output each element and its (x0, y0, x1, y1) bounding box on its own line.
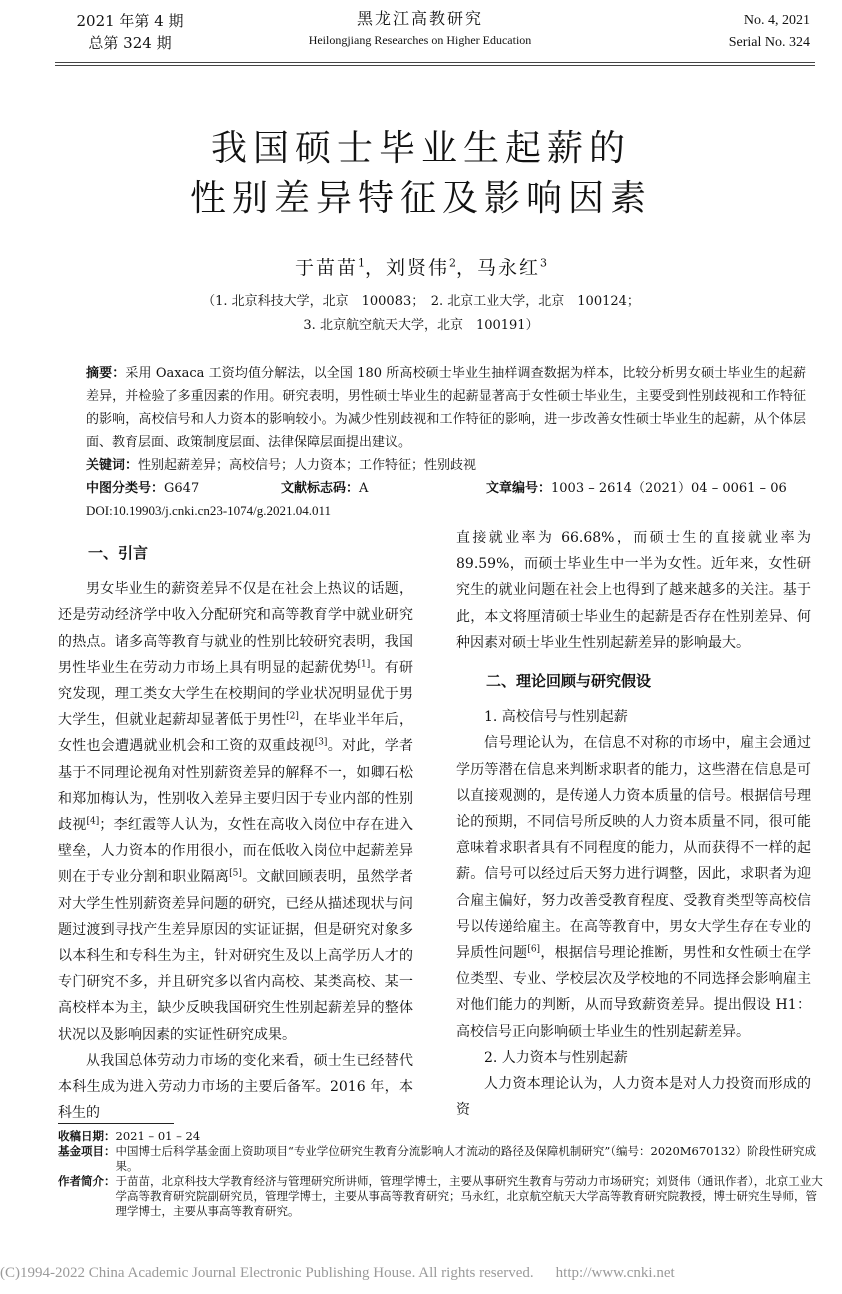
title-line-1: 我国硕士毕业生起薪的 (100, 124, 742, 174)
doc-code-value: A (359, 481, 368, 496)
abstract: 摘要：采用 Oaxaca 工资均值分解法，以全国 180 所高校硕士毕业生抽样调… (86, 362, 806, 454)
serial-number-cn: 总第 324 期 (60, 32, 200, 54)
article-title: 我国硕士毕业生起薪的 性别差异特征及影响因素 (100, 124, 742, 224)
received-label: 收稿日期： (58, 1129, 116, 1144)
fund-value: 中国博士后科学基金面上资助项目“专业学位研究生教育分流影响人才流动的路径及保障机… (116, 1144, 829, 1174)
article-no-value: 1003 – 2614（2021）04 – 0061 – 06 (551, 481, 787, 496)
doi[interactable]: DOI:10.19903/j.cnki.cn23-1074/g.2021.04.… (86, 500, 806, 522)
author-bio: 作者简介： 于苗苗，北京科技大学教育经济与管理研究所讲师，管理学博士，主要从事研… (58, 1174, 828, 1219)
paragraph-text: 。文献回顾表明，虽然学者对大学生性别薪资差异问题的研究，已经从描述现状与问题过渡… (58, 869, 413, 1042)
article-no-field: 文章编号：1003 – 2614（2021）04 – 0061 – 06 (486, 478, 787, 500)
author-affil-mark: 3 (540, 257, 547, 270)
abstract-text: 采用 Oaxaca 工资均值分解法，以全国 180 所高校硕士毕业生抽样调查数据… (86, 366, 806, 450)
keywords-text: 性别起薪差异；高校信号；人力资本；工作特征；性别歧视 (138, 458, 476, 473)
fund-label: 基金项目： (58, 1144, 116, 1174)
author-affil-mark: 2 (449, 257, 456, 270)
author-name: 刘贤伟 (386, 257, 449, 279)
section-heading: 二、理论回顾与研究假设 (456, 668, 811, 694)
author-name: 马永红 (477, 257, 540, 279)
issue-info-en: No. 4, 2021 Serial No. 324 (690, 10, 810, 54)
issue-number-en: No. 4, 2021 (690, 10, 810, 32)
affiliation-line: 3. 北京航空航天大学，北京 100191） (100, 314, 742, 338)
copyright-notice: (C)1994-2022 China Academic Journal Elec… (0, 1265, 842, 1282)
footnote-rule (58, 1123, 174, 1124)
paragraph-text: 信号理论认为，在信息不对称的市场中，雇主会通过学历等潜在信息来判断求职者的能力，… (456, 735, 811, 961)
received-date: 收稿日期： 2021 – 01 – 24 (58, 1129, 828, 1144)
doc-code-label: 文献标志码： (281, 481, 359, 496)
citation-ref[interactable]: [3] (315, 738, 328, 748)
subsection-heading: 1. 高校信号与性别起薪 (456, 704, 811, 730)
author-name: 于苗苗 (295, 257, 358, 279)
header-rule (55, 65, 815, 66)
keywords: 关键词：性别起薪差异；高校信号；人力资本；工作特征；性别歧视 (86, 455, 806, 477)
header-rule (55, 62, 815, 63)
bio-value: 于苗苗，北京科技大学教育经济与管理研究所讲师，管理学博士，主要从事研究生教育与劳… (116, 1174, 829, 1219)
doc-code-field: 文献标志码：A (281, 478, 368, 500)
citation-ref[interactable]: [1] (357, 659, 370, 669)
author-affil-mark: 1 (358, 257, 365, 270)
fund-project: 基金项目： 中国博士后科学基金面上资助项目“专业学位研究生教育分流影响人才流动的… (58, 1144, 828, 1174)
affiliation-line: （1. 北京科技大学，北京 100083； 2. 北京工业大学，北京 10012… (100, 290, 742, 314)
clc-label: 中图分类号： (86, 481, 164, 496)
author-separator: ， (365, 257, 386, 279)
journal-name: 黑龙江高教研究 Heilongjiang Researches on Highe… (240, 8, 600, 50)
paragraph: 男女毕业生的薪资差异不仅是在社会上热议的话题，还是劳动经济学中收入分配研究和高等… (58, 576, 413, 1048)
author-separator: ， (456, 257, 477, 279)
bio-label: 作者简介： (58, 1174, 116, 1219)
copyright-text: (C)1994-2022 China Academic Journal Elec… (0, 1265, 534, 1281)
issue-info-cn: 2021 年第 4 期 总第 324 期 (60, 10, 200, 54)
paragraph: 人力资本理论认为，人力资本是对人力投资而形成的资 (456, 1071, 811, 1123)
clc-value: G647 (164, 481, 199, 496)
citation-ref[interactable]: [4] (87, 816, 100, 826)
author-list: 于苗苗1，刘贤伟2，马永红3 (100, 253, 742, 280)
issue-number-cn: 2021 年第 4 期 (60, 10, 200, 32)
paragraph: 信号理论认为，在信息不对称的市场中，雇主会通过学历等潜在信息来判断求职者的能力，… (456, 730, 811, 1044)
serial-number-en: Serial No. 324 (690, 32, 810, 54)
subsection-heading: 2. 人力资本与性别起薪 (456, 1045, 811, 1071)
citation-ref[interactable]: [2] (286, 712, 299, 722)
citation-ref[interactable]: [5] (229, 869, 242, 879)
journal-name-en: Heilongjiang Researches on Higher Educat… (240, 30, 600, 50)
cnki-link[interactable]: http://www.cnki.net (556, 1265, 675, 1281)
title-line-2: 性别差异特征及影响因素 (100, 174, 742, 224)
keywords-label: 关键词： (86, 458, 138, 473)
classification-row: 中图分类号：G647 文献标志码：A 文章编号：1003 – 2614（2021… (86, 478, 806, 500)
affiliations: （1. 北京科技大学，北京 100083； 2. 北京工业大学，北京 10012… (100, 290, 742, 338)
article-no-label: 文章编号： (486, 481, 551, 496)
abstract-label: 摘要： (86, 366, 125, 381)
body-column-right: 直接就业率为 66.68%，而硕士生的直接就业率为 89.59%，而硕士毕业生中… (456, 525, 811, 1123)
footnote: 收稿日期： 2021 – 01 – 24 基金项目： 中国博士后科学基金面上资助… (58, 1129, 828, 1219)
paragraph-continued: 直接就业率为 66.68%，而硕士生的直接就业率为 89.59%，而硕士毕业生中… (456, 525, 811, 656)
section-heading: 一、引言 (58, 540, 413, 566)
journal-name-cn: 黑龙江高教研究 (240, 8, 600, 30)
paragraph: 从我国总体劳动力市场的变化来看，硕士生已经替代本科生成为进入劳动力市场的主要后备… (58, 1048, 413, 1127)
citation-ref[interactable]: [6] (527, 944, 540, 954)
clc-field: 中图分类号：G647 (86, 478, 199, 500)
received-value: 2021 – 01 – 24 (116, 1129, 829, 1144)
body-column-left: 一、引言 男女毕业生的薪资差异不仅是在社会上热议的话题，还是劳动经济学中收入分配… (58, 540, 413, 1126)
